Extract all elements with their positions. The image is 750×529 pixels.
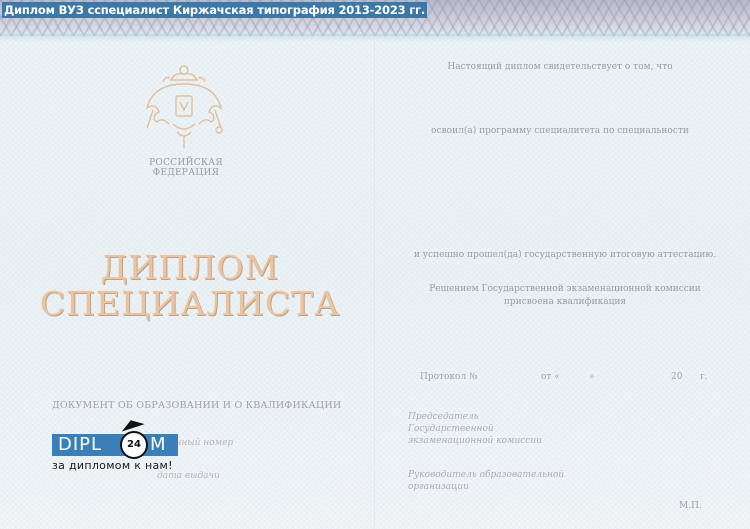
protocol-label: Протокол №	[420, 372, 478, 382]
coat-of-arms-icon	[143, 62, 225, 154]
diploma-title-line-2: СПЕЦИАЛИСТА	[30, 284, 350, 323]
protocol-from: от «	[541, 372, 560, 382]
protocol-year-prefix: 20	[671, 372, 682, 382]
document-type-label: ДОКУМЕНТ ОБ ОБРАЗОВАНИИ И О КВАЛИФИКАЦИИ	[52, 400, 341, 411]
head-line-1: Руководитель образовательной	[408, 469, 564, 481]
head-signature-label: Руководитель образовательной организации	[408, 469, 564, 493]
decision-line-1: Решением Государственной экзаменационной…	[400, 283, 730, 296]
diploma-title-line-1: ДИПЛОМ	[30, 248, 350, 287]
logo-text-left: DIPL	[58, 434, 102, 456]
chairman-line-2: Государственной	[408, 423, 542, 435]
page-fold	[374, 36, 376, 529]
certifies-text: Настоящий диплом свидетельствует о том, …	[400, 62, 720, 72]
chairman-line-1: Председатель	[408, 411, 542, 423]
country-name: РОССИЙСКАЯ ФЕДЕРАЦИЯ	[116, 158, 256, 178]
stamp-place-label: М.П.	[679, 501, 702, 511]
chairman-signature-label: Председатель Государственной экзаменацио…	[408, 411, 542, 447]
image-caption: Диплом ВУЗ сспециалист Киржачская типогр…	[2, 2, 427, 18]
protocol-year-suffix: г.	[700, 372, 708, 382]
decision-line-2: присвоена квалификация	[400, 296, 730, 309]
mastered-program-text: освоил(а) программу специалитета по спец…	[400, 126, 720, 136]
logo-text-right: M	[150, 434, 167, 456]
chairman-line-3: экзаменационной комиссии	[408, 435, 542, 447]
head-line-2: организации	[408, 481, 564, 493]
diplom24-logo: DIPL 24 M за дипломом к нам!	[52, 414, 182, 474]
commission-decision-text: Решением Государственной экзаменационной…	[400, 283, 730, 309]
protocol-quote-close: »	[589, 372, 595, 382]
graduation-cap-icon	[119, 416, 144, 431]
clock-24-icon: 24	[120, 431, 148, 459]
logo-slogan: за дипломом к нам!	[52, 459, 173, 472]
passed-attestation-text: и успешно прошел(да) государственную ито…	[400, 250, 730, 260]
